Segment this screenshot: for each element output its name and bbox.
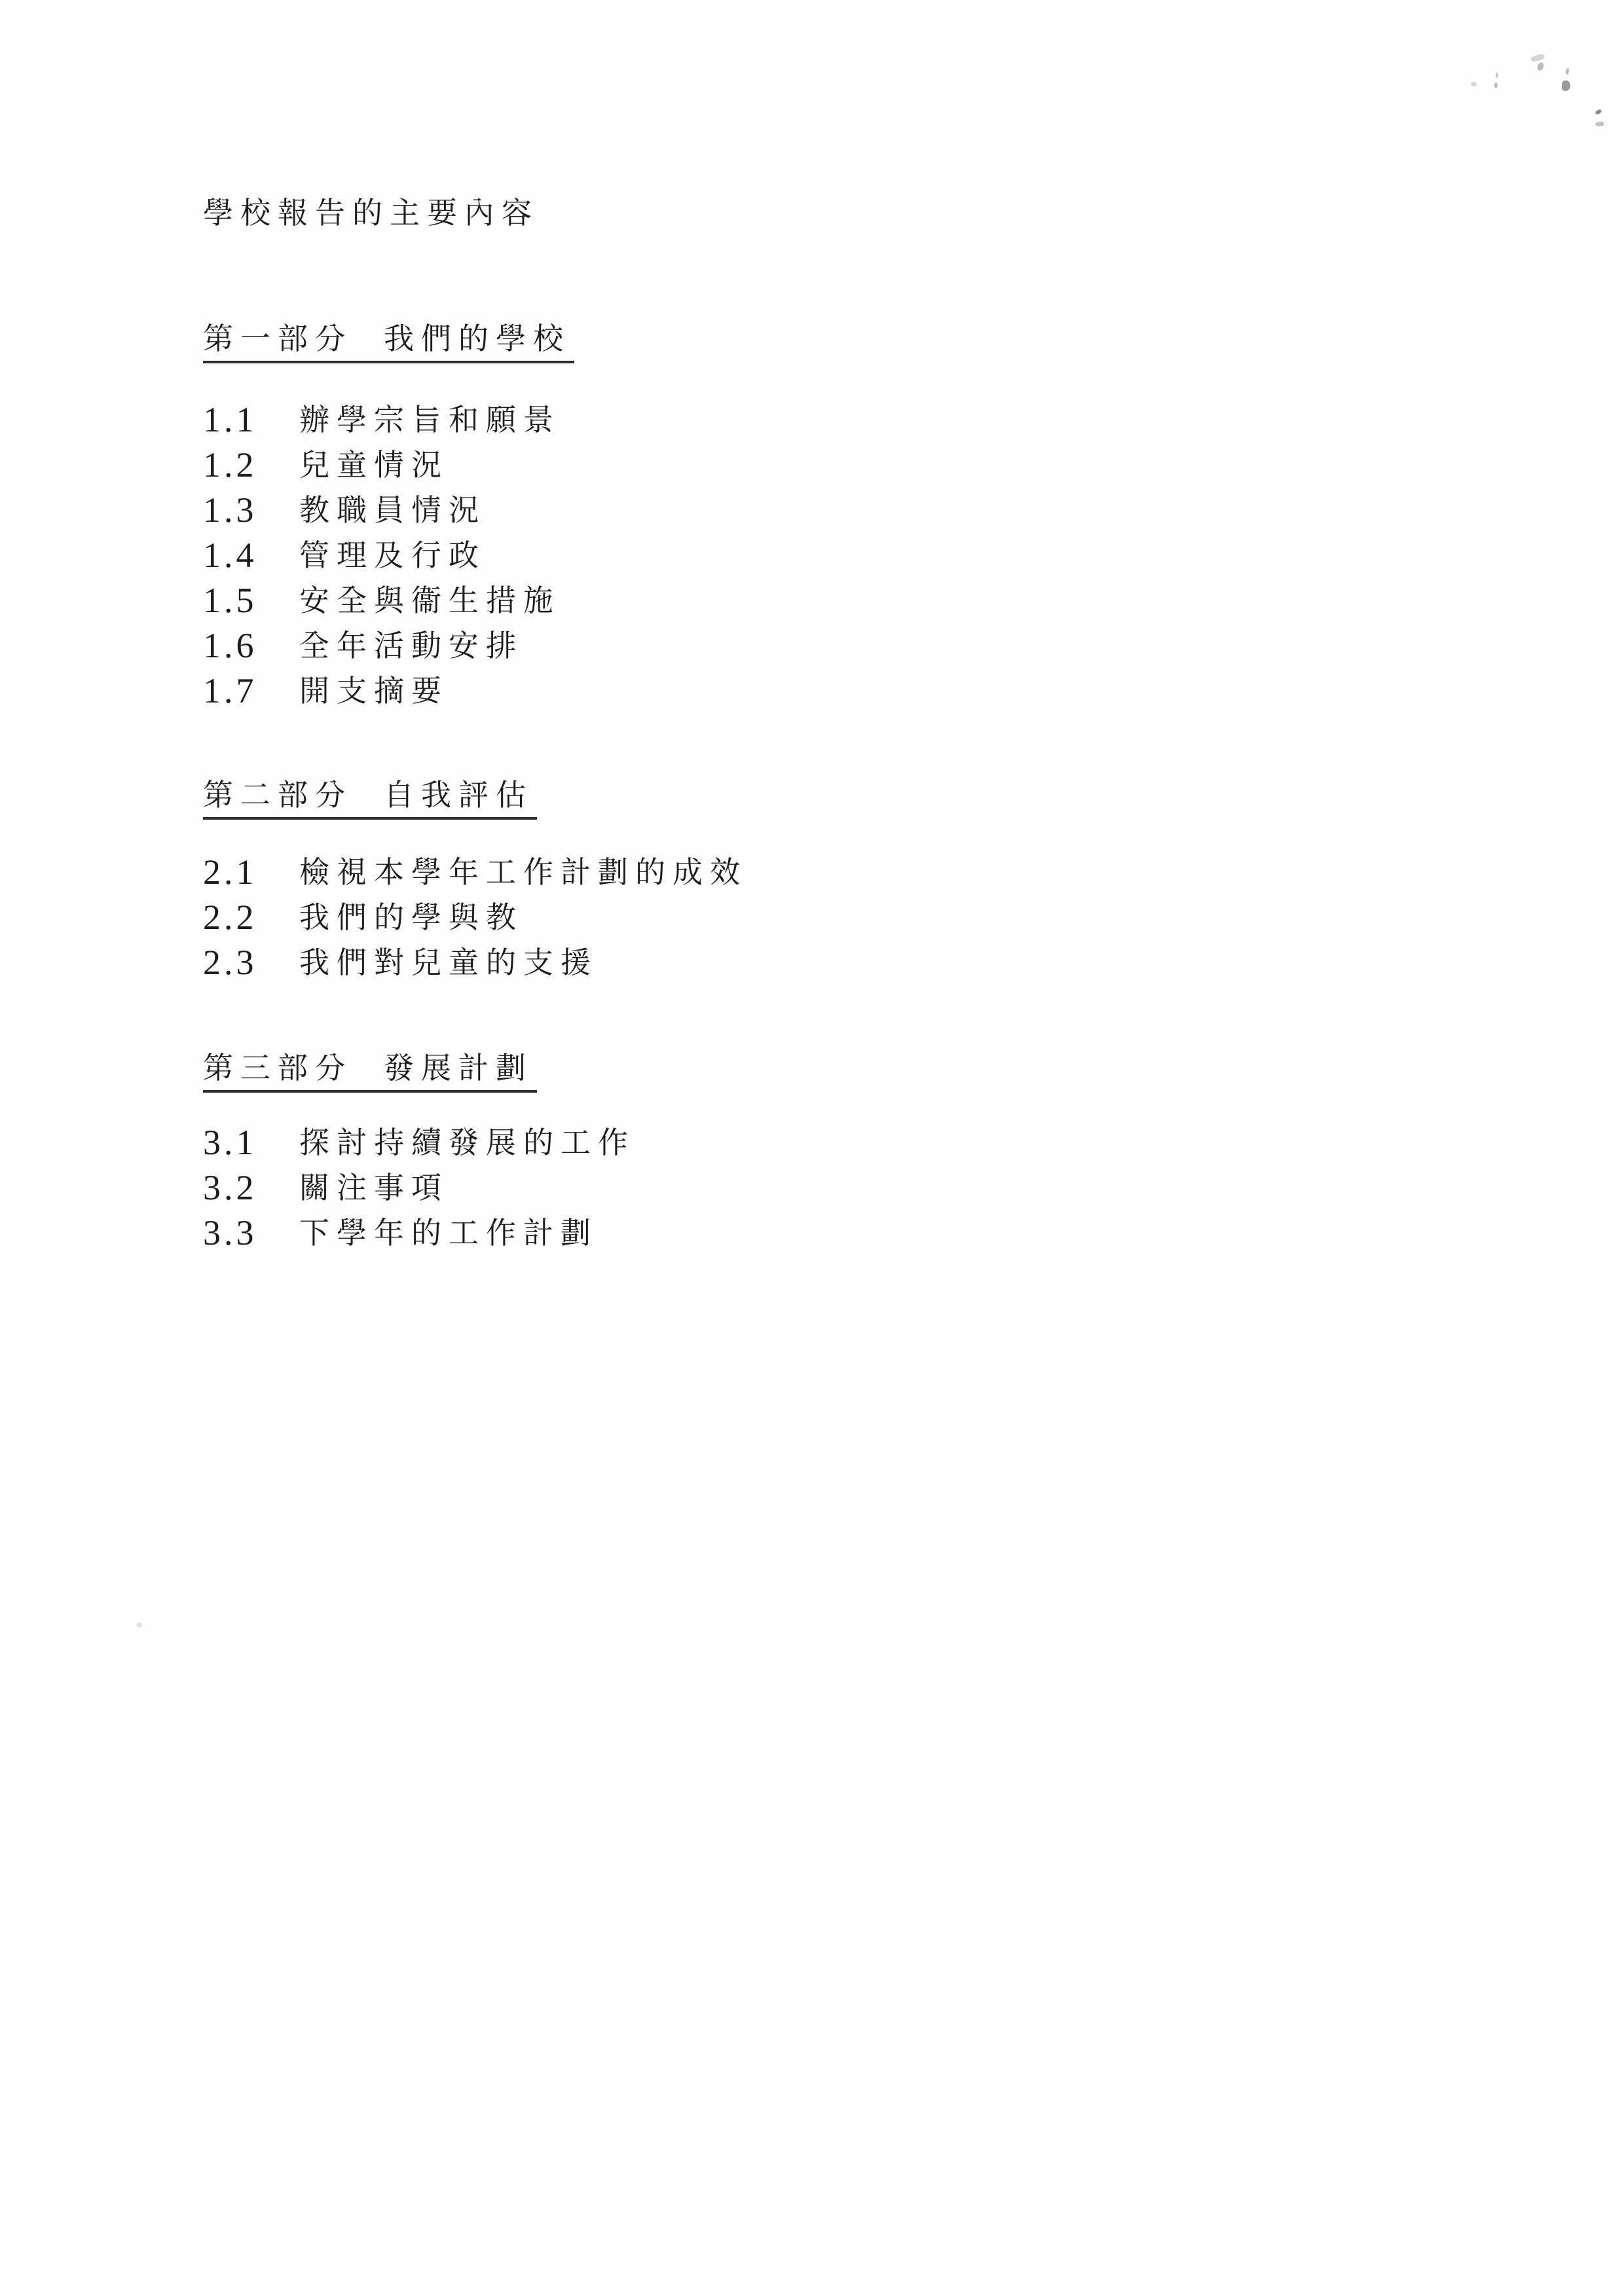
toc-item: 1.5 安全與衞生措施 — [203, 579, 561, 624]
toc-item: 1.4 管理及行政 — [203, 534, 561, 579]
scan-speckle — [1565, 68, 1570, 75]
part3-title: 發展計劃 — [384, 1051, 533, 1085]
toc-item-label: 檢視本學年工作計劃的成效 — [299, 856, 747, 890]
toc-item-number: 1.2 — [203, 447, 299, 483]
scan-speckle — [1496, 73, 1498, 78]
toc-item-number: 3.3 — [203, 1215, 299, 1250]
toc-item-label: 探討持續發展的工作 — [299, 1127, 635, 1160]
scan-speckle — [1595, 121, 1604, 128]
toc-item: 2.1 檢視本學年工作計劃的成效 — [203, 850, 747, 896]
toc-item-number: 1.7 — [203, 673, 299, 708]
toc-item-label: 開支摘要 — [299, 675, 449, 708]
scan-speckle — [1536, 62, 1545, 71]
page-title: 學校報告的主要內容 — [203, 196, 539, 230]
toc-item: 3.1 探討持續發展的工作 — [203, 1121, 635, 1166]
part1-label: 第一部分 — [203, 322, 352, 355]
section-heading-part1: 第一部分我們的學校 — [203, 322, 574, 363]
section-heading-part3: 第三部分發展計劃 — [203, 1051, 537, 1093]
toc-item-label: 教職員情況 — [299, 494, 486, 528]
scanned-document-page: 學校報告的主要內容 第一部分我們的學校 1.1 辦學宗旨和願景 1.2 兒童情況… — [0, 0, 1624, 2296]
toc-item-number: 2.2 — [203, 900, 299, 935]
toc-item-label: 兒童情況 — [299, 449, 449, 483]
toc-item-label: 我們對兒童的支援 — [299, 947, 598, 980]
scan-speckle — [137, 1622, 142, 1628]
toc-item: 2.2 我們的學與教 — [203, 896, 747, 941]
toc-item-label: 全年活動安排 — [299, 630, 523, 663]
toc-item: 1.6 全年活動安排 — [203, 624, 561, 669]
scan-speckle — [1530, 53, 1545, 62]
part2-label: 第二部分 — [203, 778, 352, 812]
toc-item: 1.3 教職員情況 — [203, 488, 561, 534]
toc-list-part1: 1.1 辦學宗旨和願景 1.2 兒童情況 1.3 教職員情況 1.4 管理及行政… — [203, 398, 561, 714]
toc-item-number: 1.4 — [203, 538, 299, 573]
toc-list-part2: 2.1 檢視本學年工作計劃的成效 2.2 我們的學與教 2.3 我們對兒童的支援 — [203, 850, 747, 986]
toc-item-label: 安全與衞生措施 — [299, 585, 561, 618]
toc-item-number: 1.3 — [203, 492, 299, 528]
scan-speckle — [1562, 81, 1570, 91]
toc-item-label: 管理及行政 — [299, 539, 486, 573]
toc-item: 3.2 關注事項 — [203, 1166, 635, 1211]
toc-item-number: 3.2 — [203, 1170, 299, 1205]
toc-item: 1.2 兒童情況 — [203, 443, 561, 488]
toc-item-number: 1.1 — [203, 402, 299, 437]
toc-item-number: 2.1 — [203, 854, 299, 890]
scan-speckle — [1494, 82, 1498, 88]
toc-item-number: 1.5 — [203, 583, 299, 618]
toc-item-label: 關注事項 — [299, 1172, 449, 1205]
toc-item: 2.3 我們對兒童的支援 — [203, 941, 747, 986]
toc-item: 3.3 下學年的工作計劃 — [203, 1211, 635, 1256]
part2-title: 自我評估 — [384, 778, 533, 812]
toc-item: 1.1 辦學宗旨和願景 — [203, 398, 561, 443]
part3-label: 第三部分 — [203, 1051, 352, 1085]
scan-speckle — [1471, 82, 1477, 86]
toc-list-part3: 3.1 探討持續發展的工作 3.2 關注事項 3.3 下學年的工作計劃 — [203, 1121, 635, 1256]
toc-item-number: 1.6 — [203, 628, 299, 663]
toc-item-label: 下學年的工作計劃 — [299, 1217, 598, 1250]
part1-title: 我們的學校 — [384, 322, 570, 355]
scan-speckle — [1595, 109, 1602, 115]
toc-item: 1.7 開支摘要 — [203, 669, 561, 714]
toc-item-number: 2.3 — [203, 945, 299, 980]
toc-item-number: 3.1 — [203, 1125, 299, 1160]
section-heading-part2: 第二部分自我評估 — [203, 778, 537, 820]
toc-item-label: 辦學宗旨和願景 — [299, 404, 561, 437]
toc-item-label: 我們的學與教 — [299, 902, 523, 935]
